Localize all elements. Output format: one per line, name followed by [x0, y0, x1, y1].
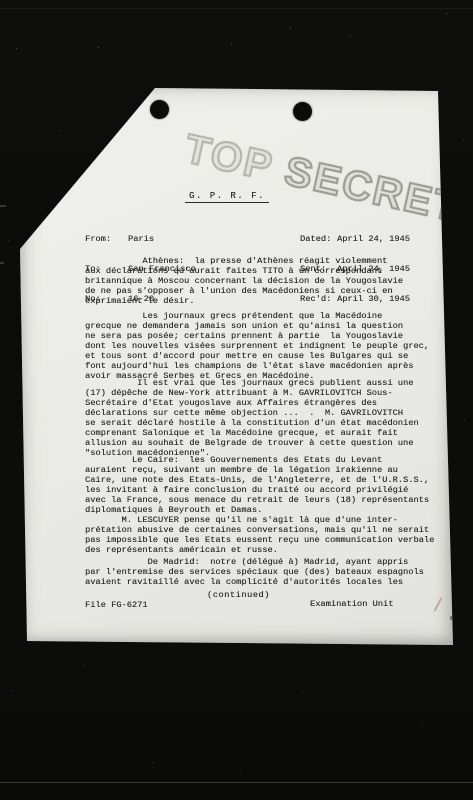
- paragraph-cairo: Le Caire: les Gouvernements des Etats du…: [85, 455, 429, 515]
- paragraph-athenes: Athènes: la presse d'Athènes réagit viol…: [85, 256, 403, 306]
- footer-file-number: File FG-6271: [85, 600, 148, 610]
- paragraph-lescuyer: M. LESCUYER pense qu'il ne s'agit là que…: [85, 515, 434, 555]
- film-edge-artifact: [0, 205, 6, 207]
- footer-continued: (continued): [207, 590, 270, 600]
- meta-row-from: From:Paris: [85, 234, 196, 244]
- paragraph-madrid: De Madrid: notre (délégué à) Madrid, aya…: [85, 557, 424, 587]
- paper-sheet: TOP SECRET G. P. R. F. From:Paris To:San…: [20, 87, 454, 645]
- film-scratch-top: [0, 8, 473, 9]
- film-edge-artifact: [0, 262, 4, 264]
- scan-background: TOP SECRET G. P. R. F. From:Paris To:San…: [0, 0, 473, 800]
- document-heading: G. P. R. F.: [185, 191, 269, 203]
- paragraph-greek-press: Les journaux grecs prétendent que la Mac…: [85, 311, 429, 381]
- film-speckles: [0, 0, 1, 1]
- meta-label-dated: Dated:: [300, 234, 337, 244]
- punch-hole-right: [293, 102, 312, 121]
- ink-dot: [450, 616, 453, 620]
- punch-hole-left: [150, 100, 169, 119]
- meta-row-dated: Dated:April 24, 1945: [300, 234, 410, 244]
- paragraph-gavrilovitch: Il est vrai que les journaux grecs publi…: [85, 378, 419, 458]
- film-scratch-bottom: [0, 782, 473, 783]
- meta-value-dated: April 24, 1945: [337, 234, 410, 244]
- footer-unit: Examination Unit: [310, 599, 393, 609]
- meta-value-from: Paris: [128, 234, 154, 244]
- meta-label-from: From:: [85, 234, 128, 244]
- stamp-word-top: TOP: [181, 125, 278, 189]
